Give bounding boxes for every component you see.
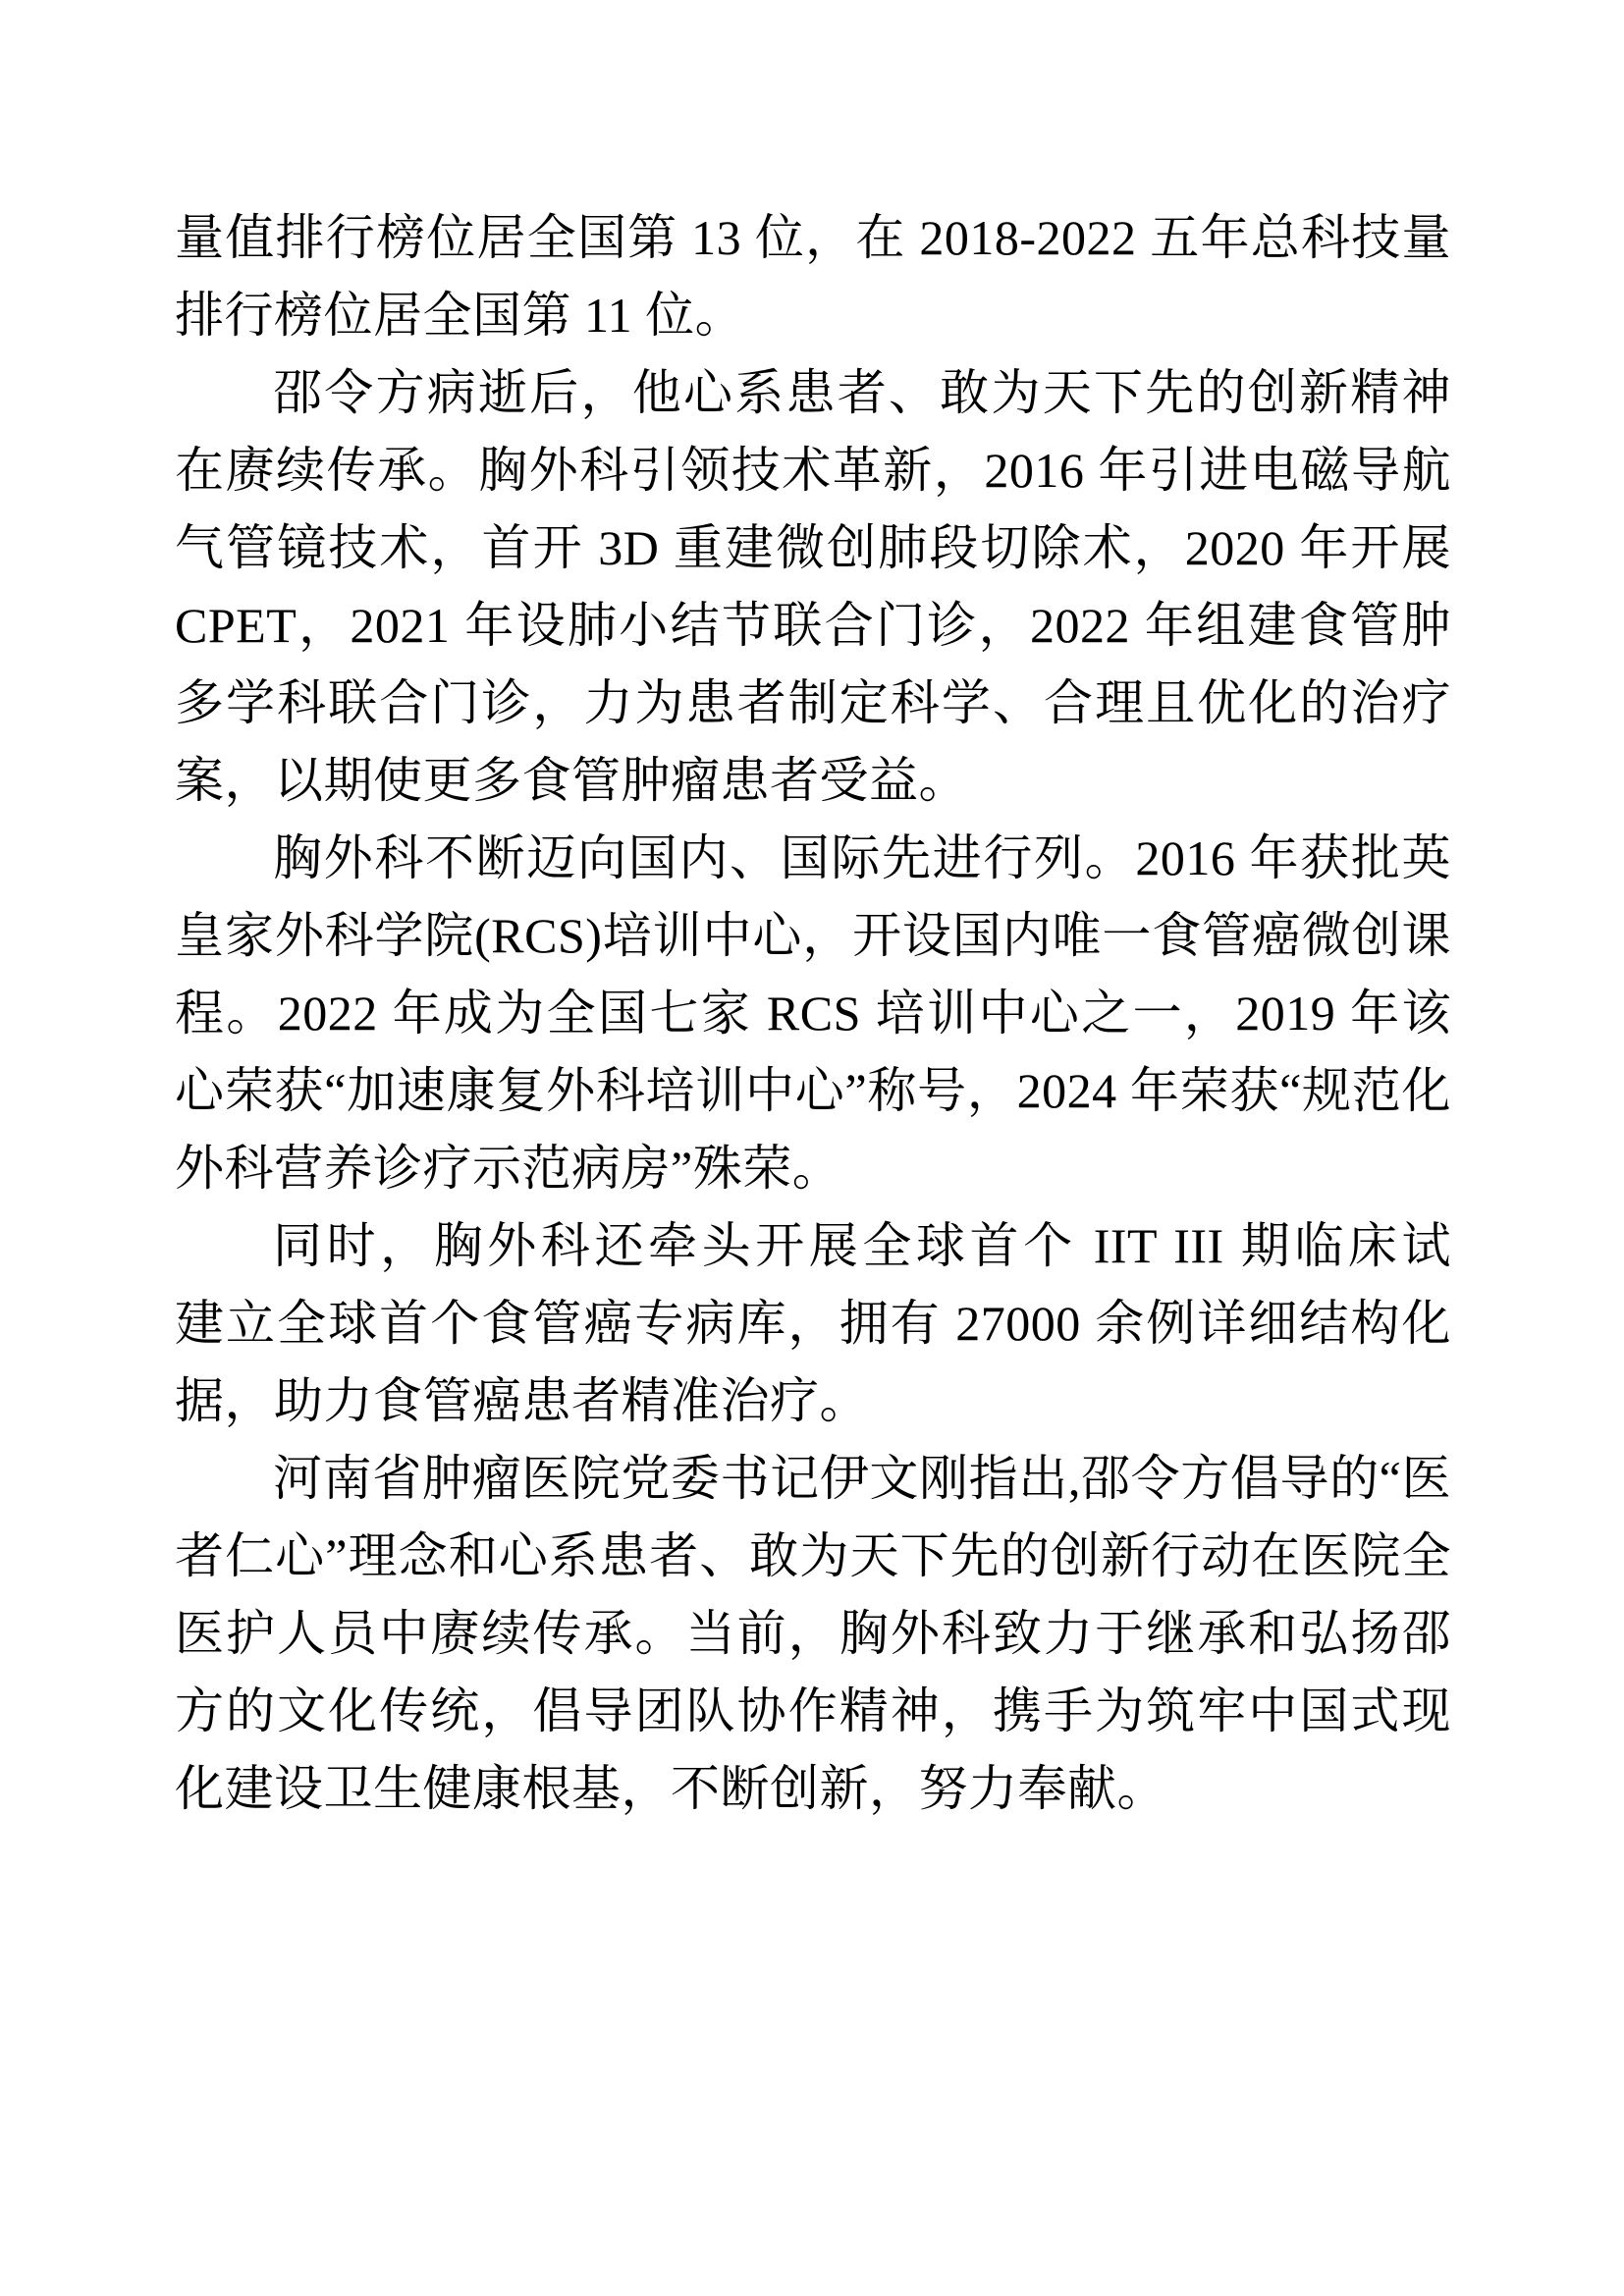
text-line: 心荣获“加速康复外科培训中心”称号，2024 年荣获“规范化 bbox=[175, 1052, 1451, 1130]
text-line: 胸外科不断迈向国内、国际先进行列。2016 年获批英国 bbox=[175, 820, 1451, 897]
text-line: CPET，2021 年设肺小结节联合门诊，2022 年组建食管肿瘤 bbox=[175, 587, 1451, 665]
text-line: 案，以期使更多食管肿瘤患者受益。 bbox=[175, 742, 1451, 820]
text-line: 外科营养诊疗示范病房”殊荣。 bbox=[175, 1130, 1451, 1207]
text-line: 邵令方病逝后，他心系患者、敢为天下先的创新精神仍 bbox=[175, 354, 1451, 432]
text-line: 气管镜技术，首开 3D 重建微创肺段切除术，2020 年开展 bbox=[175, 509, 1451, 587]
document-text-body: 量值排行榜位居全国第 13 位，在 2018-2022 五年总科技量值 排行榜位… bbox=[175, 199, 1451, 1828]
text-line: 化建设卫生健康根基，不断创新，努力奉献。 bbox=[175, 1750, 1451, 1828]
text-line: 皇家外科学院(RCS)培训中心，开设国内唯一食管癌微创课 bbox=[175, 897, 1451, 975]
text-line: 建立全球首个食管癌专病库，拥有 27000 余例详细结构化数 bbox=[175, 1285, 1451, 1362]
text-line: 在赓续传承。胸外科引领技术革新，2016 年引进电磁导航支 bbox=[175, 432, 1451, 509]
text-line: 方的文化传统，倡导团队协作精神，携手为筑牢中国式现代 bbox=[175, 1673, 1451, 1750]
text-line: 排行榜位居全国第 11 位。 bbox=[175, 277, 1451, 354]
text-line: 据，助力食管癌患者精准治疗。 bbox=[175, 1362, 1451, 1440]
text-line: 同时，胸外科还牵头开展全球首个 IIT III 期临床试验， bbox=[175, 1207, 1451, 1285]
text-line: 医护人员中赓续传承。当前，胸外科致力于继承和弘扬邵令 bbox=[175, 1595, 1451, 1673]
text-line: 量值排行榜位居全国第 13 位，在 2018-2022 五年总科技量值 bbox=[175, 199, 1451, 277]
text-line: 多学科联合门诊，力为患者制定科学、合理且优化的治疗方 bbox=[175, 665, 1451, 742]
text-line: 者仁心”理念和心系患者、敢为天下先的创新行动在医院全体 bbox=[175, 1518, 1451, 1595]
text-line: 程。2022 年成为全国七家 RCS 培训中心之一，2019 年该中 bbox=[175, 975, 1451, 1052]
text-line: 河南省肿瘤医院党委书记伊文刚指出,邵令方倡导的“医 bbox=[175, 1440, 1451, 1518]
document-page: 量值排行榜位居全国第 13 位，在 2018-2022 五年总科技量值 排行榜位… bbox=[0, 0, 1624, 2296]
